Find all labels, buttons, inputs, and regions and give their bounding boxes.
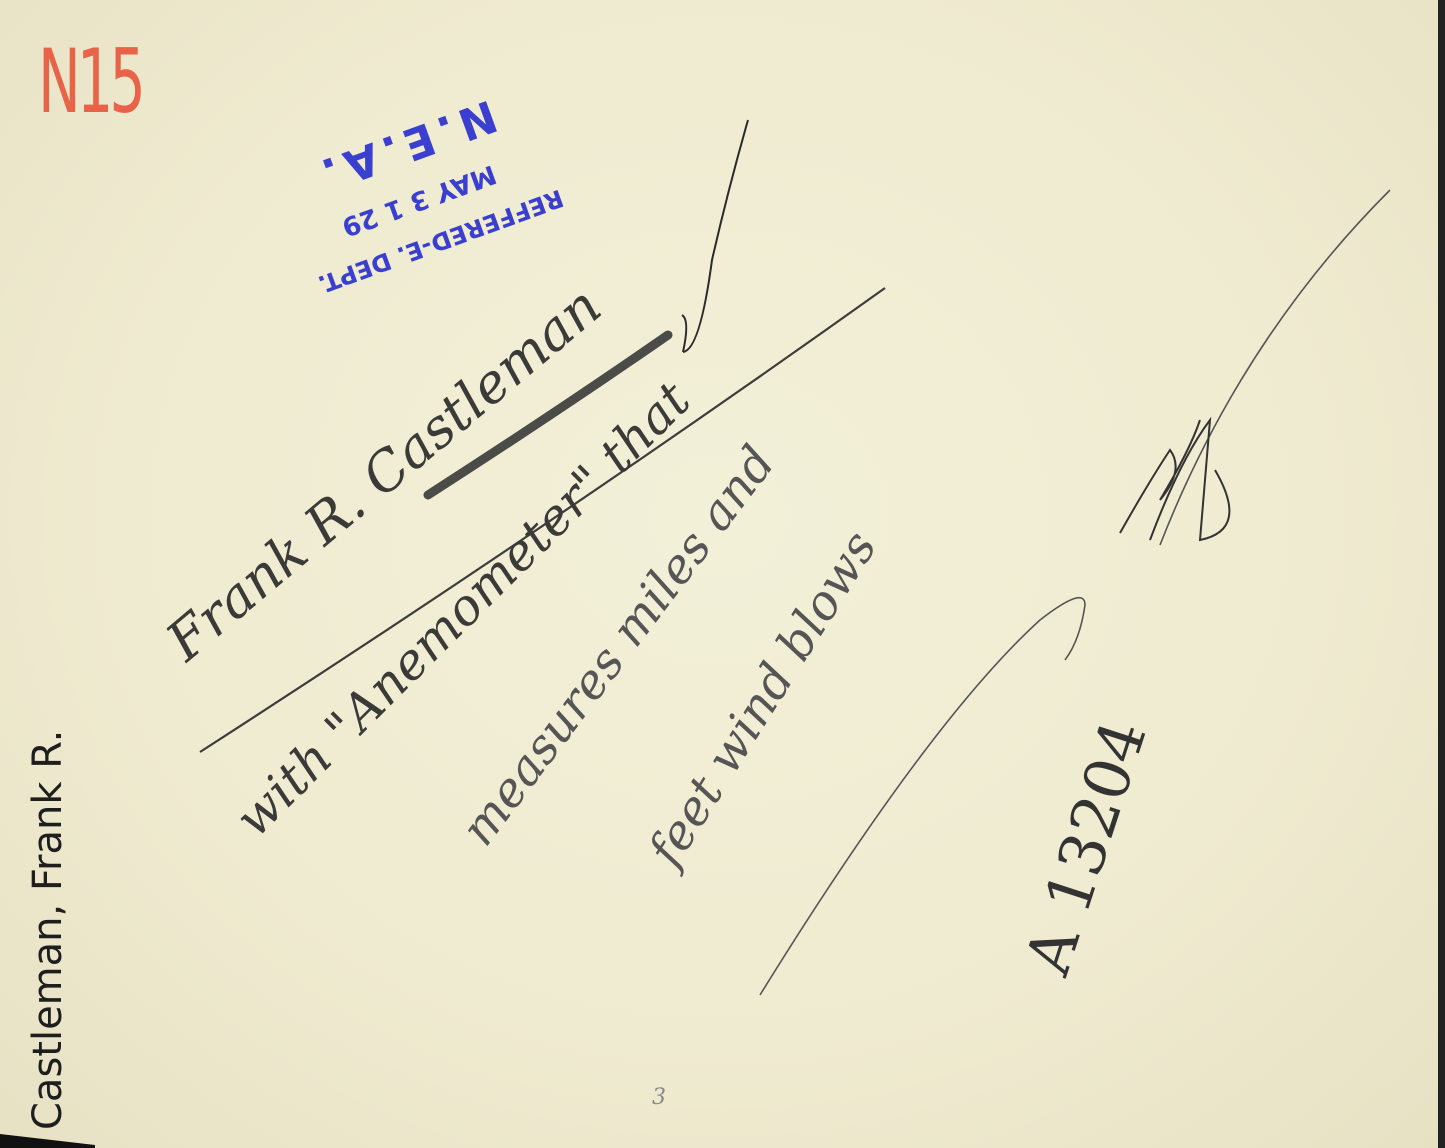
red-pencil-mark: N15 bbox=[38, 30, 142, 133]
scan-edge bbox=[1438, 0, 1445, 1148]
side-label-name: Castleman, Frank R. bbox=[25, 730, 71, 1130]
photo-back-sheet: N15 N.E.A. MAY 3 1 29 REFFERED-E. DEPT. … bbox=[0, 0, 1438, 1148]
page-mark: 3 bbox=[652, 1085, 666, 1110]
